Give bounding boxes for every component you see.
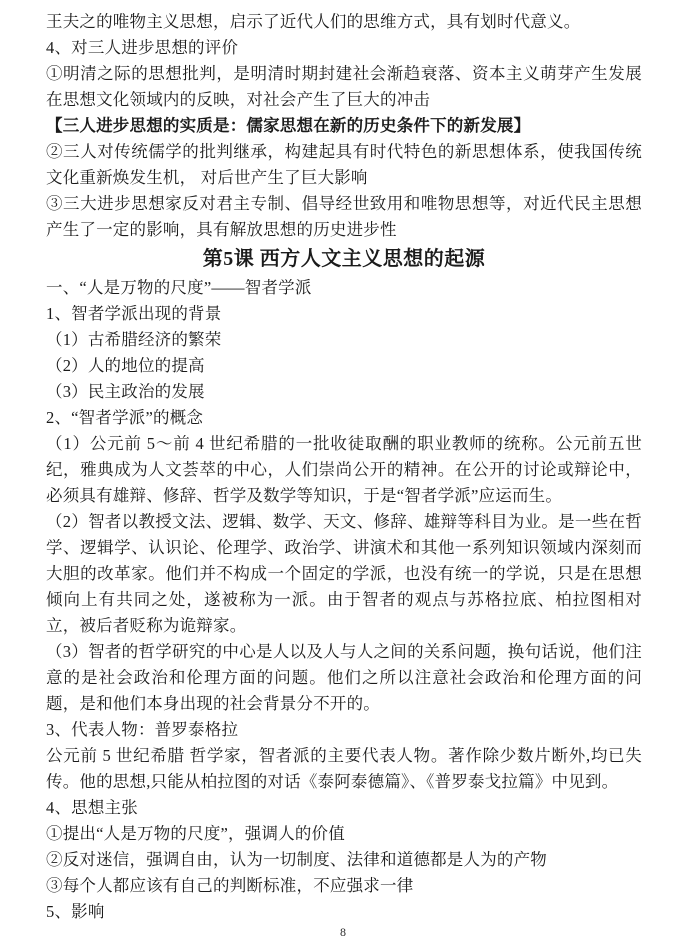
paragraph: 1、智者学派出现的背景: [46, 301, 642, 327]
paragraph: 公元前 5 世纪希腊 哲学家，智者派的主要代表人物。著作除少数片断外,均已失传。…: [46, 743, 642, 795]
paragraph: ①提出“人是万物的尺度”，强调人的价值: [46, 821, 642, 847]
emphasis-note: 【三人进步思想的实质是：儒家思想在新的历史条件下的新发展】: [46, 113, 642, 139]
paragraph: ③每个人都应该有自己的判断标准，不应强求一律: [46, 873, 642, 899]
paragraph: ②三人对传统儒学的批判继承，构建起具有时代特色的新思想体系，使我国传统文化重新焕…: [46, 139, 642, 191]
page-number: 8: [0, 925, 686, 940]
paragraph: 4、思想主张: [46, 795, 642, 821]
paragraph: 3、代表人物：普罗泰格拉: [46, 717, 642, 743]
paragraph: （1）古希腊经济的繁荣: [46, 327, 642, 353]
paragraph: （3）智者的哲学研究的中心是人以及人与人之间的关系问题，换句话说，他们注意的是社…: [46, 639, 642, 717]
paragraph: （2）智者以教授文法、逻辑、数学、天文、修辞、雄辩等科目为业。是一些在哲学、逻辑…: [46, 509, 642, 639]
lesson-heading: 第5课 西方人文主义思想的起源: [46, 245, 642, 273]
paragraph: 2、“智者学派”的概念: [46, 405, 642, 431]
paragraph: ②反对迷信，强调自由，认为一切制度、法律和道德都是人为的产物: [46, 847, 642, 873]
paragraph: 王夫之的唯物主义思想，启示了近代人们的思维方式，具有划时代意义。: [46, 9, 642, 35]
section-title: 一、“人是万物的尺度”——智者学派: [46, 275, 642, 301]
paragraph: 5、影响: [46, 899, 642, 925]
document-page: 王夫之的唯物主义思想，启示了近代人们的思维方式，具有划时代意义。 4、对三人进步…: [0, 0, 686, 925]
paragraph: 4、对三人进步思想的评价: [46, 35, 642, 61]
paragraph: （3）民主政治的发展: [46, 379, 642, 405]
paragraph: ①明清之际的思想批判，是明清时期封建社会渐趋衰落、资本主义萌芽产生发展在思想文化…: [46, 61, 642, 113]
paragraph: ③三大进步思想家反对君主专制、倡导经世致用和唯物思想等，对近代民主思想产生了一定…: [46, 191, 642, 243]
paragraph: （2）人的地位的提高: [46, 353, 642, 379]
paragraph: （1）公元前 5～前 4 世纪希腊的一批收徒取酬的职业教师的统称。公元前五世纪，…: [46, 431, 642, 509]
